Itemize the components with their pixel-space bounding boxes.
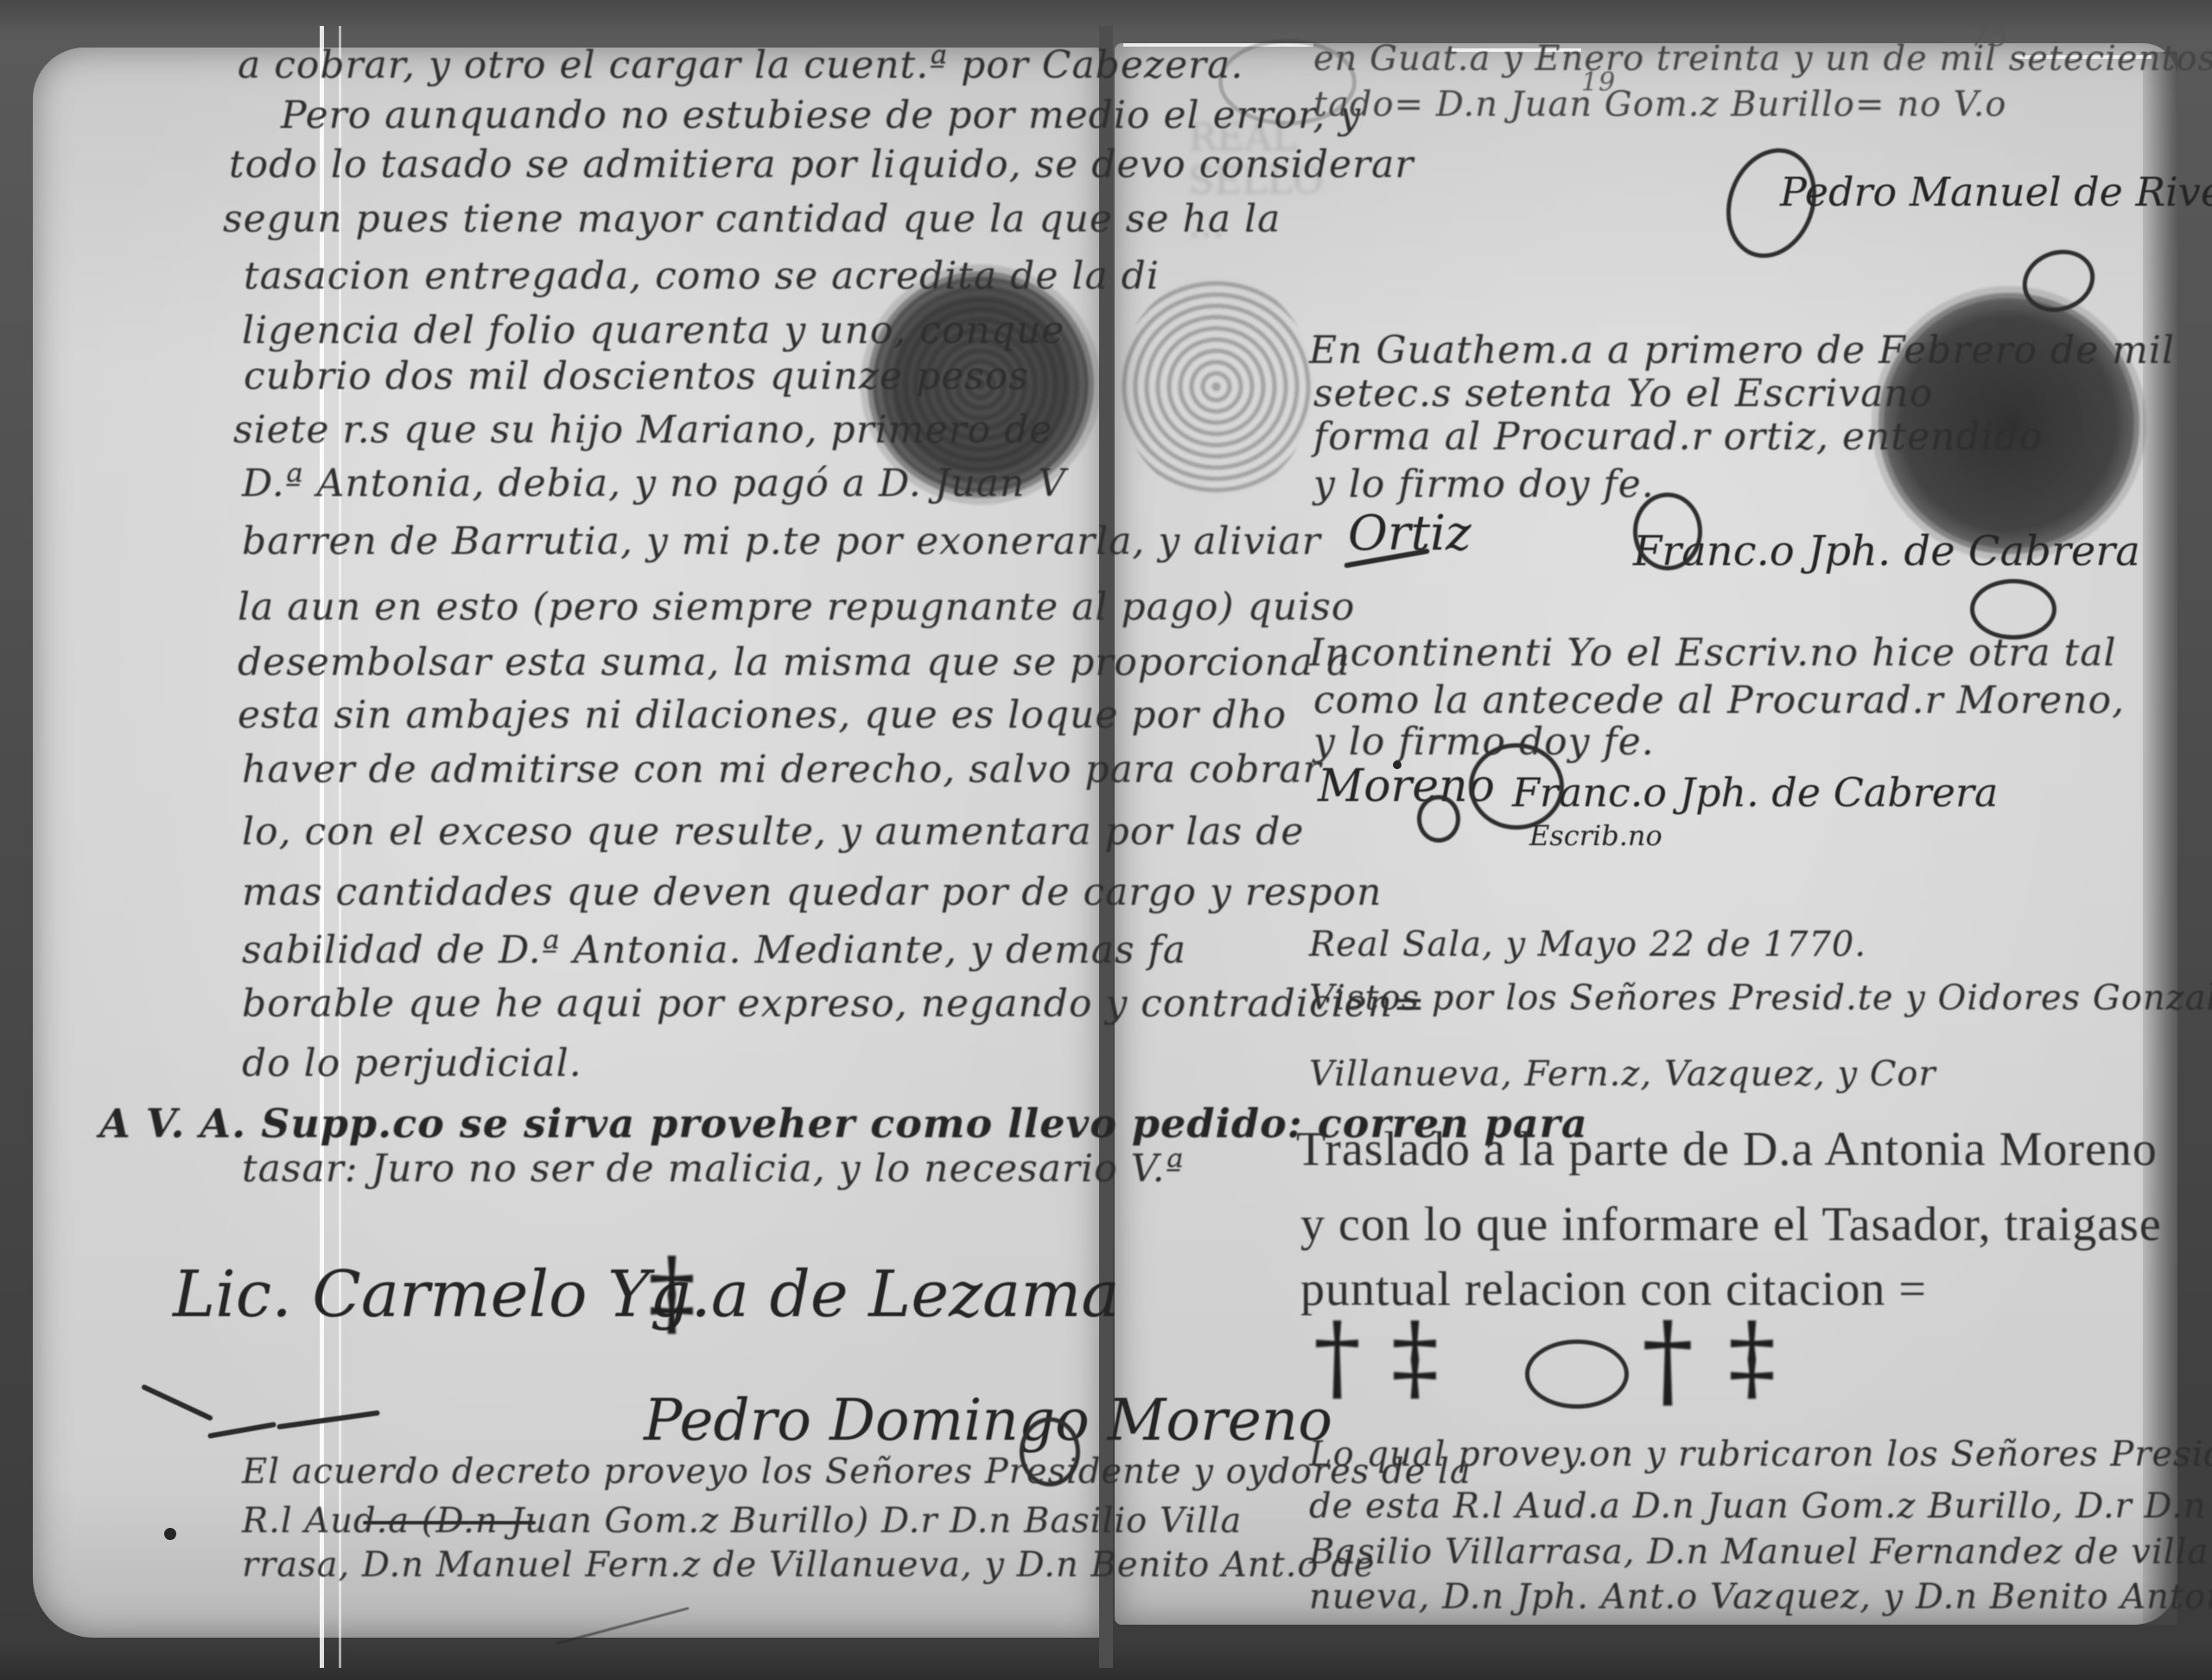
closing-line: nueva, D.n Jph. Ant.o Vazquez, y D.n Ben… bbox=[1309, 1577, 2212, 1617]
manuscript-line: D.ª Antonia, debia, y no pagó a D. Juan … bbox=[242, 461, 1066, 506]
rubric-3-icon bbox=[1525, 1340, 1629, 1409]
manuscript-line: setec.s setenta Yo el Escrivano bbox=[1313, 372, 1933, 416]
decree-line: Traslado a la parte de D.a Antonia Moren… bbox=[1296, 1122, 2158, 1177]
closing-line: Lo qual provey.on y rubricaron los Señor… bbox=[1309, 1435, 2212, 1474]
decree-line: El acuerdo decreto proveyo los Señores P… bbox=[242, 1452, 1471, 1492]
manuscript-line: do lo perjudicial. bbox=[242, 1041, 582, 1085]
folio-mark: 19 bbox=[1581, 67, 1616, 98]
folio-number: 75 bbox=[1970, 19, 2009, 54]
manuscript-line: tasar: Juro no ser de malicia, y lo nece… bbox=[242, 1147, 1185, 1191]
manuscript-line: segun pues tiene mayor cantidad que la q… bbox=[223, 197, 1281, 241]
closing-line: Basilio Villarrasa, D.n Manuel Fernandez… bbox=[1309, 1532, 2209, 1572]
header-line: tado= D.n Juan Gom.z Burillo= no V.o bbox=[1313, 85, 2006, 124]
escribano-label: Escrib.no bbox=[1529, 819, 1662, 852]
manuscript-line: Villanueva, Fern.z, Vazquez, y Cor bbox=[1309, 1054, 1936, 1094]
manuscript-line: sabilidad de D.ª Antonia. Mediante, y de… bbox=[242, 928, 1186, 972]
manuscript-line: a cobrar, y otro el cargar la cuent.ª po… bbox=[238, 43, 1243, 87]
rubric-4-icon: † bbox=[1642, 1309, 1694, 1413]
closing-line: de esta R.l Aud.a D.n Juan Gom.z Burillo… bbox=[1309, 1486, 2207, 1526]
manuscript-line: mas cantidades que deven quedar por de c… bbox=[242, 870, 1382, 914]
signature-cabrera: Franc.o Jph. de Cabrera bbox=[1633, 527, 2140, 576]
signature-top-right: Pedro Manuel de Rivera bbox=[1780, 169, 2212, 215]
signature-flourish bbox=[1633, 493, 1702, 570]
rubric-2-icon: ‡ bbox=[1391, 1309, 1439, 1404]
manuscript-line: Vistos por los Señores Presid.te y Oidor… bbox=[1309, 978, 2212, 1018]
rubric-5-icon: ‡ bbox=[1728, 1309, 1776, 1404]
faint-seal-impression bbox=[1119, 277, 1313, 497]
manuscript-line: borable que he aqui por expreso, negando… bbox=[242, 982, 1426, 1026]
page-edge-shadow bbox=[2143, 52, 2177, 1625]
manuscript-line: cubrio dos mil doscientos quinze pesos bbox=[244, 354, 1029, 398]
manuscript-line: Incontinenti Yo el Escriv.no hice otra t… bbox=[1309, 631, 2117, 675]
manuscript-line: esta sin ambajes ni dilaciones, que es l… bbox=[238, 693, 1287, 737]
signature-cabrera-2: Franc.o Jph. de Cabrera bbox=[1512, 769, 1998, 816]
manuscript-line: siete r.s que su hijo Mariano, primero d… bbox=[233, 408, 1052, 452]
manuscript-line: Pero aunquando no estubiese de por medio… bbox=[281, 93, 1361, 137]
strikethrough-line bbox=[363, 1521, 536, 1524]
manuscript-line: lo, con el exceso que resulte, y aumenta… bbox=[242, 810, 1304, 854]
manuscript-line: y lo firmo doy fe. bbox=[1313, 462, 1655, 506]
manuscript-line: ligencia del folio quarenta y uno, conqu… bbox=[242, 309, 1065, 353]
decree-line: rrasa, D.n Manuel Fern.z de Villanueva, … bbox=[242, 1545, 1376, 1585]
manuscript-line: haver de admitirse con mi derecho, salvo… bbox=[242, 748, 1322, 792]
manuscript-line: todo lo tasado se admitiera por liquido,… bbox=[229, 143, 1414, 187]
manuscript-line: forma al Procurad.r ortiz, entendido bbox=[1313, 415, 2043, 459]
rubric-flourish-icon: ‡ bbox=[648, 1244, 696, 1340]
signature-flourish bbox=[1469, 743, 1564, 830]
ink-dot bbox=[1393, 760, 1402, 769]
ink-blot bbox=[164, 1528, 176, 1540]
manuscript-line: como la antecede al Procurad.r Moreno, bbox=[1313, 678, 2125, 722]
manuscript-line: En Guathem.a a primero de Febrero de mil bbox=[1309, 328, 2175, 372]
manuscript-line: Real Sala, y Mayo 22 de 1770. bbox=[1309, 925, 1866, 964]
manuscript-line: tasacion entregada, como se acredita de … bbox=[244, 254, 1160, 298]
signature-lezama: Lic. Carmelo Yg.a de Lezama bbox=[173, 1257, 1120, 1332]
manuscript-line: desembolsar esta suma, la misma que se p… bbox=[238, 640, 1351, 684]
rubric-flourish-icon bbox=[1417, 795, 1460, 843]
manuscript-line: la aun en esto (pero siempre repugnante … bbox=[238, 585, 1355, 629]
decree-line: y con lo que informare el Tasador, traig… bbox=[1300, 1197, 2162, 1252]
manuscript-line: barren de Barrutia, y mi p.te por exoner… bbox=[242, 519, 1321, 563]
rubric-1-icon: † bbox=[1313, 1309, 1361, 1404]
signature-moreno: Pedro Domingo Moreno bbox=[644, 1387, 1332, 1454]
header-line: en Guat.a y Enero treinta y un de mil se… bbox=[1313, 39, 2212, 79]
